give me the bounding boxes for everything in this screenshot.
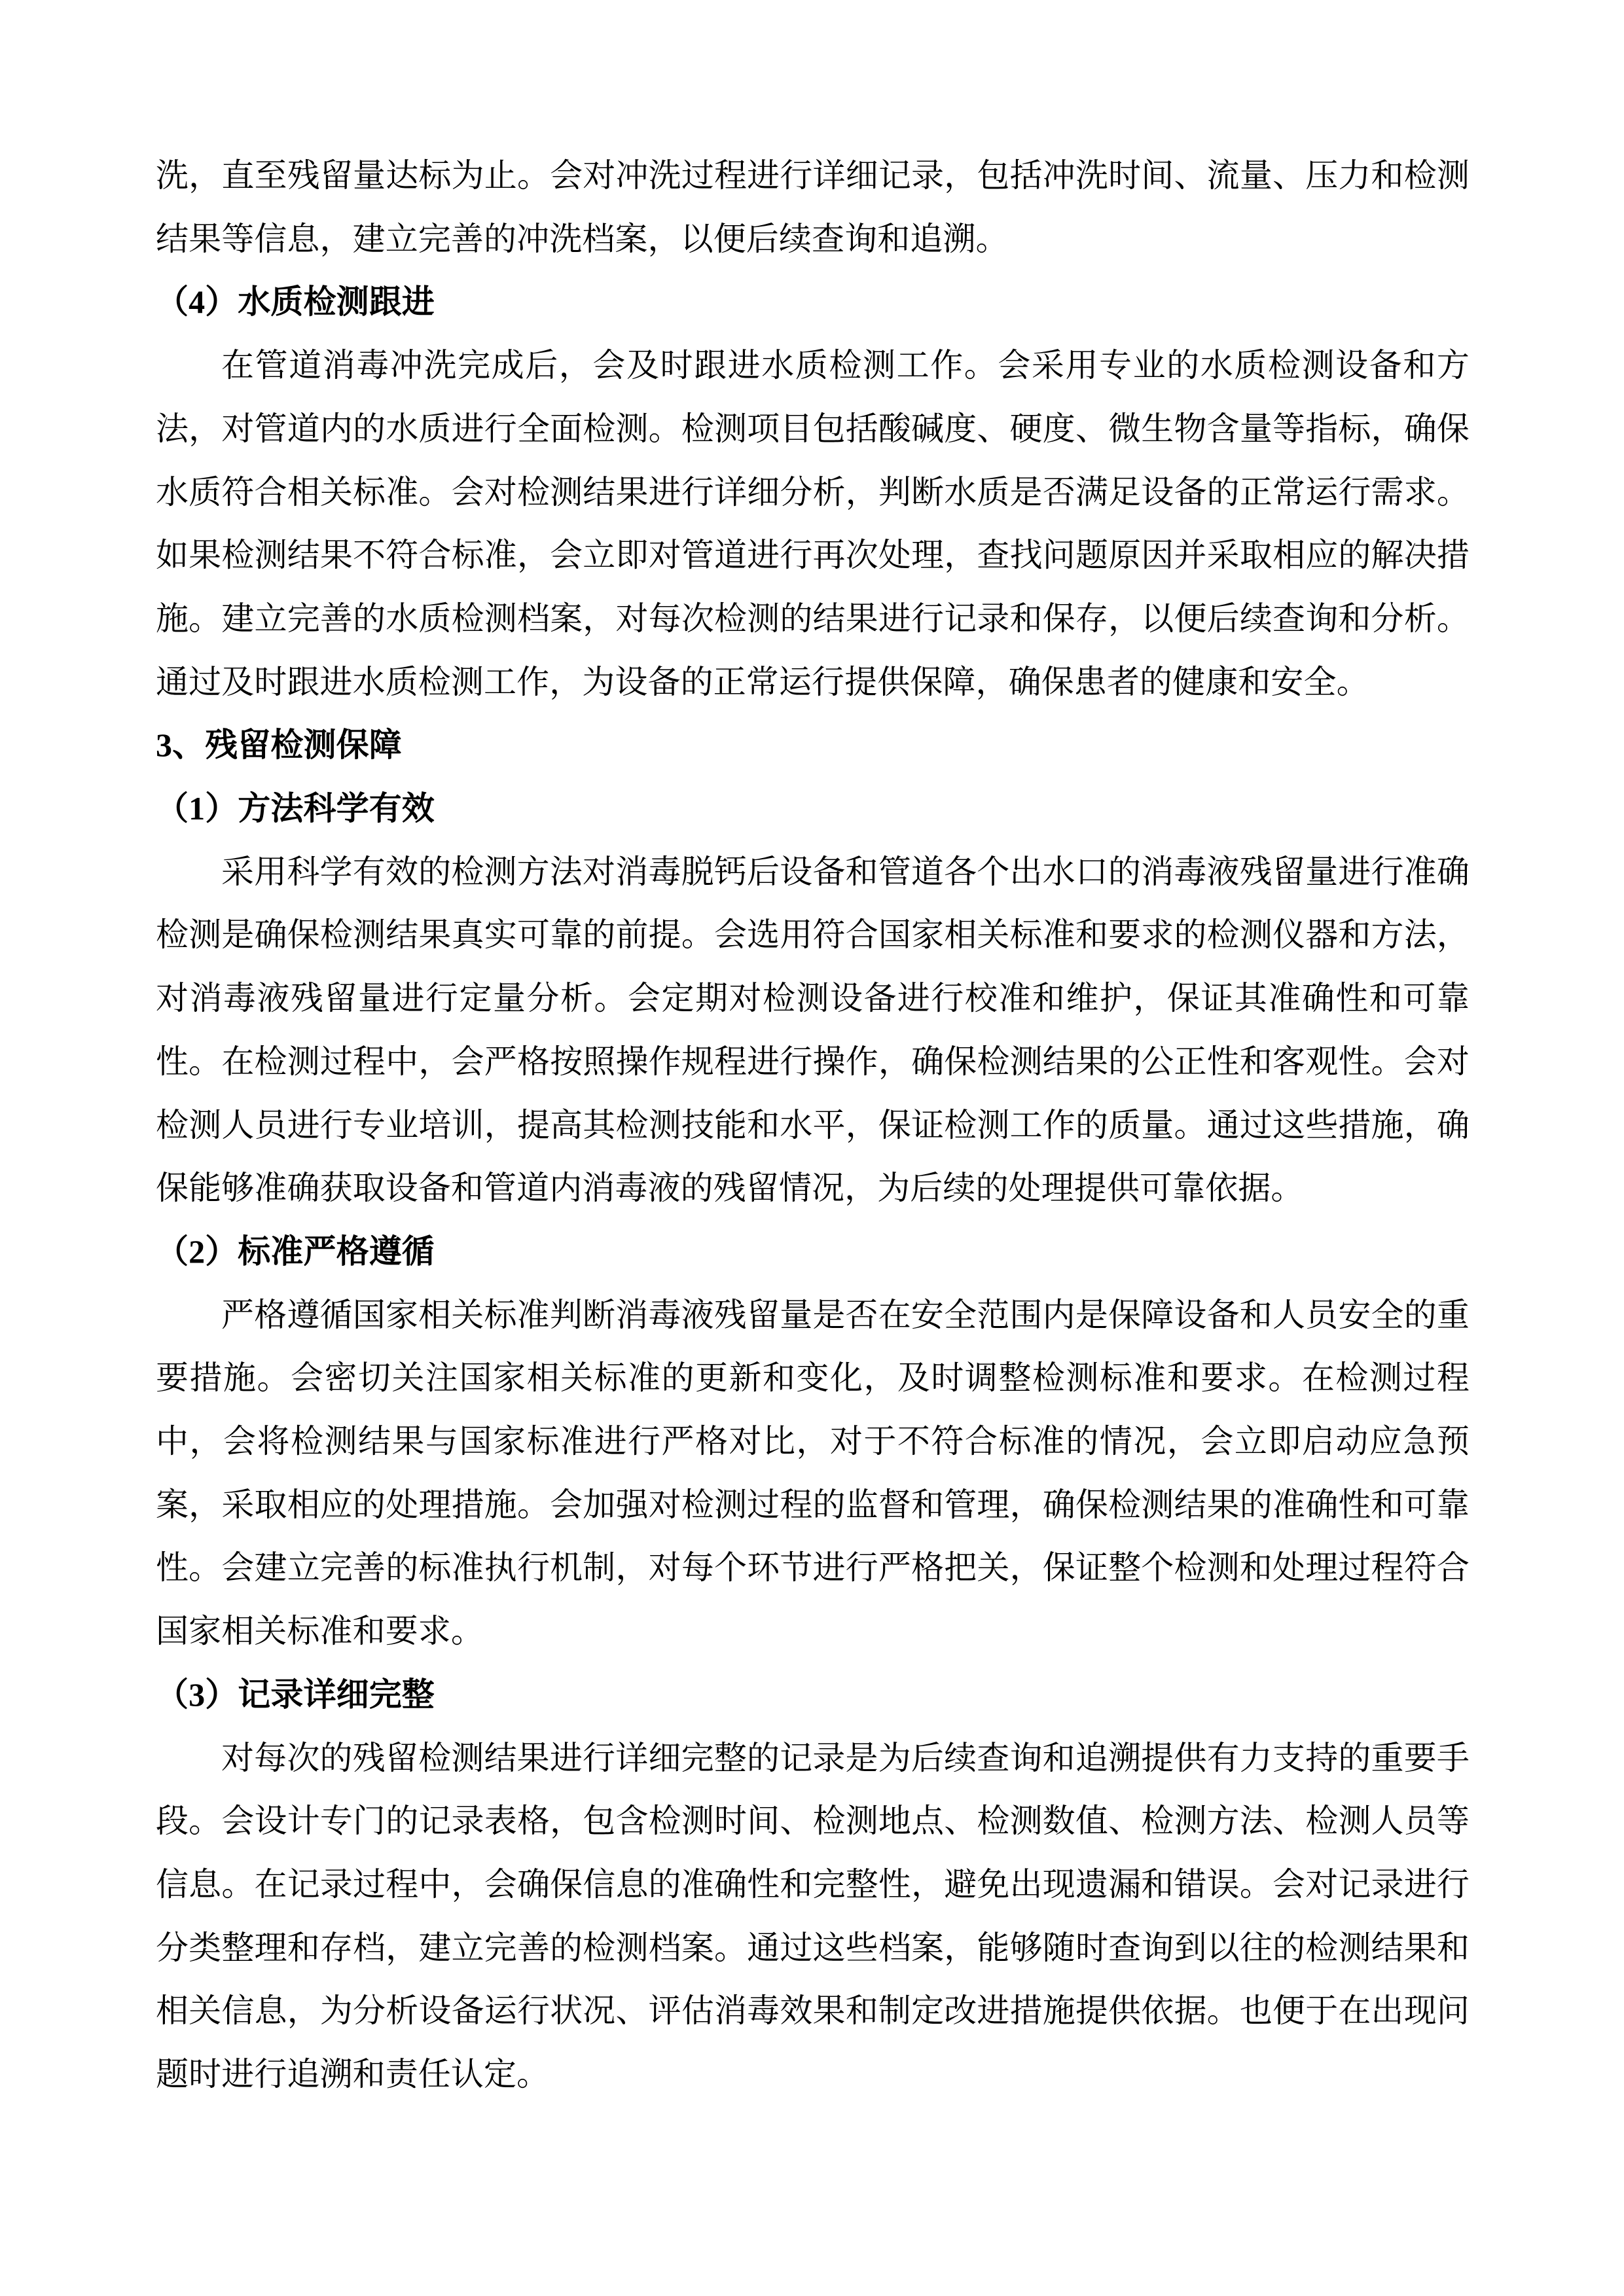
paragraph: 严格遵循国家相关标准判断消毒液残留量是否在安全范围内是保障设备和人员安全的重要措… (156, 1283, 1470, 1663)
heading: （1）方法科学有效 (156, 777, 1470, 840)
heading: （4）水质检测跟进 (156, 270, 1470, 334)
document-page: 洗，直至残留量达标为止。会对冲洗过程进行详细记录，包括冲洗时间、流量、压力和检测… (0, 0, 1624, 2296)
heading: 3、残留检测保障 (156, 713, 1470, 777)
heading: （3）记录详细完整 (156, 1663, 1470, 1727)
heading: （2）标准严格遵循 (156, 1220, 1470, 1283)
paragraph: 洗，直至残留量达标为止。会对冲洗过程进行详细记录，包括冲洗时间、流量、压力和检测… (156, 144, 1470, 270)
paragraph: 对每次的残留检测结果进行详细完整的记录是为后续查询和追溯提供有力支持的重要手段。… (156, 1727, 1470, 2106)
paragraph: 采用科学有效的检测方法对消毒脱钙后设备和管道各个出水口的消毒液残留量进行准确检测… (156, 840, 1470, 1220)
paragraph: 在管道消毒冲洗完成后，会及时跟进水质检测工作。会采用专业的水质检测设备和方法，对… (156, 334, 1470, 713)
document-flow: 洗，直至残留量达标为止。会对冲洗过程进行详细记录，包括冲洗时间、流量、压力和检测… (156, 144, 1470, 2106)
